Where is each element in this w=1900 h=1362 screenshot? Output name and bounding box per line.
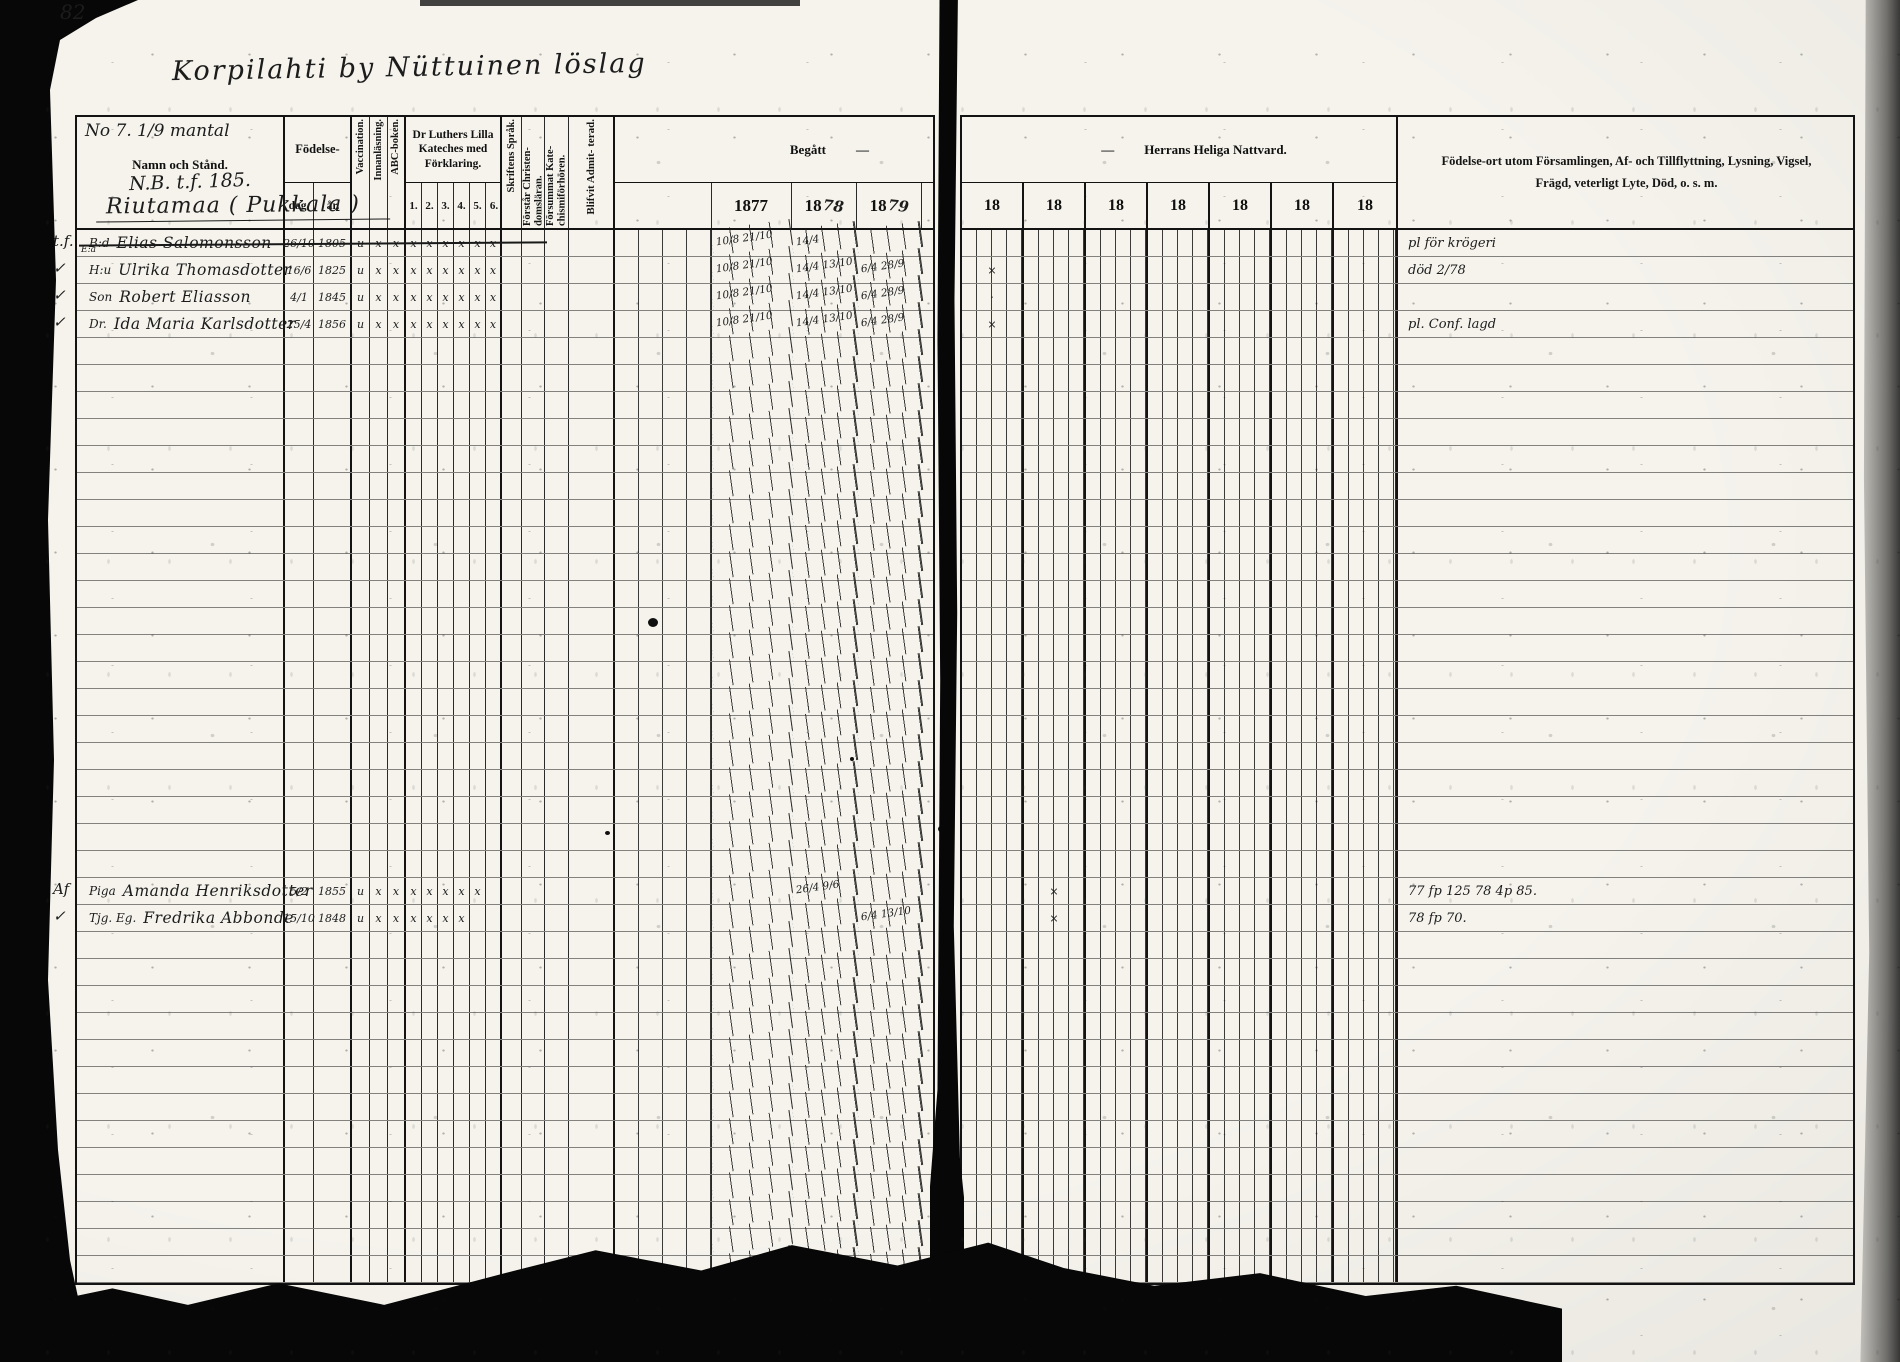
- cell-blifvit: [569, 662, 615, 688]
- cell-m6: [470, 635, 486, 661]
- cell-skrift: [502, 1148, 522, 1174]
- blank-year-cell: [1272, 1148, 1334, 1174]
- blank-year-cell: [1086, 986, 1148, 1012]
- cell-ar: [314, 338, 352, 364]
- cell-dag: [285, 770, 314, 796]
- cell-m0: [370, 473, 388, 499]
- blank-year-cell: [962, 635, 1024, 661]
- cell-m4: [438, 932, 454, 958]
- cell-pre: [615, 932, 712, 958]
- blank-year-cell: [962, 662, 1024, 688]
- cell-m1: [388, 1013, 406, 1039]
- cell-blifvit: [569, 797, 615, 823]
- cell-name: [77, 959, 285, 985]
- table-row: [962, 1094, 1853, 1121]
- cell-m0: [370, 635, 388, 661]
- table-row: [962, 581, 1853, 608]
- table-row: [77, 689, 933, 716]
- cell-m6: [470, 1175, 486, 1201]
- cell-m6: x: [470, 284, 486, 310]
- cell-ar: [314, 1256, 352, 1282]
- blank-year-cell: [1024, 824, 1086, 850]
- cell-tail: [922, 797, 935, 823]
- cell-m0: [370, 851, 388, 877]
- cell-m1: [388, 392, 406, 418]
- cell-m0: [370, 554, 388, 580]
- cell-m7: [486, 1202, 502, 1228]
- cell-forsummat: [545, 554, 569, 580]
- blank-year-cell: [1148, 986, 1210, 1012]
- cell-m3: [422, 1175, 438, 1201]
- cell-forsummat: [545, 1148, 569, 1174]
- abc-header-cell: ABC-boken.: [388, 117, 406, 228]
- cell-m2: [406, 1256, 422, 1282]
- ink-blot: [605, 831, 610, 835]
- cell-m7: [486, 554, 502, 580]
- cell-forsummat: [545, 1121, 569, 1147]
- cell-m4: [438, 1229, 454, 1255]
- catechism-col-6: 6.: [486, 183, 502, 228]
- table-row: [962, 743, 1853, 770]
- cell-tail: [922, 635, 935, 661]
- cell-dag: [285, 635, 314, 661]
- cell-m6: [470, 743, 486, 769]
- cell-forstar: [522, 662, 545, 688]
- nb-note: N.B. t.f. 185.: [129, 169, 252, 195]
- cell-vacc: u: [352, 257, 370, 283]
- blank-year-cell: [1086, 1067, 1148, 1093]
- cell-m6: [470, 608, 486, 634]
- blank-year-cell: [962, 716, 1024, 742]
- cell-tail: [922, 743, 935, 769]
- cell-m3: [422, 1040, 438, 1066]
- cell-name: [77, 770, 285, 796]
- cell-m0: x: [370, 311, 388, 337]
- cell-tail: [922, 662, 935, 688]
- cell-forsummat: [545, 419, 569, 445]
- cell-dag: [285, 500, 314, 526]
- table-row: [962, 473, 1853, 500]
- name-prefix: Tjg. Eg.: [89, 911, 136, 925]
- cell-m3: x: [422, 905, 438, 931]
- cell-skrift: [502, 1175, 522, 1201]
- blank-year-cell: [1148, 230, 1210, 256]
- cell-skrift: [502, 986, 522, 1012]
- cell-forsummat: [545, 365, 569, 391]
- blank-year-cell: ×: [962, 257, 1024, 283]
- cell-forsummat: [545, 257, 569, 283]
- cell-skrift: [502, 500, 522, 526]
- cell-ar: [314, 1148, 352, 1174]
- blank-year-cell: [1272, 392, 1334, 418]
- cell-m7: [486, 878, 502, 904]
- cell-ar: [314, 824, 352, 850]
- cell-pre: [615, 338, 712, 364]
- scan-border-right: [1856, 0, 1900, 1362]
- cell-m2: [406, 1121, 422, 1147]
- cell-tail: [922, 878, 935, 904]
- cell-m6: [470, 365, 486, 391]
- blank-year-cell: [1086, 1148, 1148, 1174]
- blank-year-cell: [962, 1094, 1024, 1120]
- cell-m3: [422, 1202, 438, 1228]
- cell-blifvit: [569, 554, 615, 580]
- catechism-col-4: 4.: [454, 183, 470, 228]
- understands-header-cell: Förstår Christen- domsläran.: [522, 117, 545, 228]
- cell-m2: [406, 419, 422, 445]
- cell-m6: [470, 662, 486, 688]
- cell-tail: [922, 1013, 935, 1039]
- blank-year-cell: [962, 392, 1024, 418]
- cell-m6: [470, 1148, 486, 1174]
- cell-tail: [922, 1121, 935, 1147]
- table-row: [962, 662, 1853, 689]
- cell-m7: [486, 338, 502, 364]
- cell-m7: [486, 743, 502, 769]
- table-row: Tjg. Eg.Fredrika Abbonde15/101848uxxxxxx…: [77, 905, 933, 932]
- cell-forsummat: [545, 608, 569, 634]
- table-row: [77, 527, 933, 554]
- remarks-header-cell: Födelse-ort utom Församlingen, Af- och T…: [1396, 117, 1855, 228]
- cell-forstar: [522, 1040, 545, 1066]
- blank-year-cell: [1024, 716, 1086, 742]
- cell-forstar: [522, 257, 545, 283]
- cell-forstar: [522, 932, 545, 958]
- cell-m7: [486, 932, 502, 958]
- blank-year-cell: [1086, 446, 1148, 472]
- cell-m7: [486, 365, 502, 391]
- blank-year-cell: [962, 986, 1024, 1012]
- cell-pre: [615, 527, 712, 553]
- cell-m5: [454, 1148, 470, 1174]
- blank-year-cell: [962, 851, 1024, 877]
- blank-year-cell: [1334, 446, 1396, 472]
- cell-m3: [422, 338, 438, 364]
- cell-m0: [370, 1202, 388, 1228]
- blank-year-cell: [1024, 1202, 1086, 1228]
- blank-year-cell: [1148, 824, 1210, 850]
- table-row: [77, 986, 933, 1013]
- blank-year-cell: [1024, 392, 1086, 418]
- cell-dag: [285, 743, 314, 769]
- person-name: Fredrika Abbonde: [143, 909, 294, 927]
- cell-tail: [922, 365, 935, 391]
- cell-m6: [470, 527, 486, 553]
- cell-forstar: [522, 743, 545, 769]
- blank-year-cell: [1086, 419, 1148, 445]
- cell-m1: [388, 500, 406, 526]
- cell-m2: [406, 1040, 422, 1066]
- blank-year-cell: [1024, 1148, 1086, 1174]
- cell-pre: [615, 1040, 712, 1066]
- cell-m5: [454, 1229, 470, 1255]
- cell-m4: [438, 1148, 454, 1174]
- cell-m2: [406, 716, 422, 742]
- blank-year-cell: [1210, 1229, 1272, 1255]
- cell-skrift: [502, 1121, 522, 1147]
- cell-pre: [615, 662, 712, 688]
- cell-ar: [314, 527, 352, 553]
- cell-pre: [615, 419, 712, 445]
- blank-year-cell: [1210, 743, 1272, 769]
- remarks-cell: [1396, 446, 1855, 472]
- cell-forsummat: [545, 1013, 569, 1039]
- cell-m1: [388, 635, 406, 661]
- remarks-cell: 77 fp 125 78 4p 85.: [1396, 878, 1855, 904]
- cell-blifvit: [569, 284, 615, 310]
- cell-pre: [615, 689, 712, 715]
- person-name: Ida Maria Karlsdotter: [114, 315, 296, 333]
- blank-year-cell: [1086, 743, 1148, 769]
- cell-m2: [406, 1229, 422, 1255]
- nattvard-label: — Herrans Heliga Nattvard.: [962, 117, 1396, 183]
- cell-blifvit: [569, 1121, 615, 1147]
- cell-name: [77, 500, 285, 526]
- blank-year-cell: [962, 500, 1024, 526]
- blank-year-cell: [1210, 959, 1272, 985]
- cell-m4: [438, 797, 454, 823]
- cell-name: [77, 608, 285, 634]
- blank-year-cell: [1148, 1175, 1210, 1201]
- cell-m6: [470, 419, 486, 445]
- cell-m7: [486, 527, 502, 553]
- cell-m6: [470, 1121, 486, 1147]
- cell-m4: [438, 608, 454, 634]
- remarks-cell: [1396, 716, 1855, 742]
- cell-forstar: [522, 905, 545, 931]
- cell-ar: [314, 635, 352, 661]
- cell-pre: [615, 1202, 712, 1228]
- table-row: H:uUlrika Thomasdotter16/61825uxxxxxxxx1…: [77, 257, 933, 284]
- cell-skrift: [502, 311, 522, 337]
- cell-forsummat: [545, 824, 569, 850]
- cell-m3: [422, 581, 438, 607]
- remarks-cell: [1396, 689, 1855, 715]
- catechism-col-5: 5.: [470, 183, 486, 228]
- blank-year-cell: [1148, 419, 1210, 445]
- cell-forstar: [522, 716, 545, 742]
- blank-year-cell: [1272, 1013, 1334, 1039]
- cell-m4: [438, 986, 454, 1012]
- blank-year-cell: [1334, 905, 1396, 931]
- blank-year-cell: ×: [1024, 905, 1086, 931]
- cell-m3: [422, 770, 438, 796]
- table-row: [77, 824, 933, 851]
- cell-tail: [922, 824, 935, 850]
- blank-year-cell: [1272, 1040, 1334, 1066]
- blank-year-cell: [1210, 338, 1272, 364]
- blank-year-cell: [1272, 257, 1334, 283]
- blank-year-cell: [1086, 932, 1148, 958]
- cell-m6: [470, 770, 486, 796]
- blank-year-cell: [1210, 527, 1272, 553]
- blank-year-cell: [1210, 662, 1272, 688]
- blank-year-cell: [1148, 851, 1210, 877]
- cell-dag: [285, 824, 314, 850]
- cell-m4: x: [438, 905, 454, 931]
- table-row: [962, 1040, 1853, 1067]
- cell-m5: [454, 527, 470, 553]
- table-row: [962, 689, 1853, 716]
- cell-blifvit: [569, 365, 615, 391]
- blank-year-cell: [1272, 959, 1334, 985]
- missed-header-cell: Försummat Kate- chismiförhören.: [545, 117, 569, 228]
- blank-year-cell: [1272, 824, 1334, 850]
- blank-year-cell: [1148, 1229, 1210, 1255]
- cell-m6: [470, 338, 486, 364]
- cell-dag: [285, 1067, 314, 1093]
- cell-ar: [314, 419, 352, 445]
- cell-m3: [422, 662, 438, 688]
- cell-blifvit: [569, 635, 615, 661]
- cell-m0: [370, 581, 388, 607]
- cell-vacc: u: [352, 284, 370, 310]
- cell-vacc: u: [352, 878, 370, 904]
- blank-year-cell: [1334, 1256, 1396, 1282]
- blank-year-cell: [1024, 743, 1086, 769]
- cell-dag: 4/1: [285, 284, 314, 310]
- blank-year-cell: [962, 1013, 1024, 1039]
- blank-year-cell: [1086, 365, 1148, 391]
- cell-forsummat: [545, 1202, 569, 1228]
- pre-year-column: [615, 183, 712, 228]
- blank-year-cell: [1086, 959, 1148, 985]
- cell-skrift: [502, 1067, 522, 1093]
- cell-m2: [406, 473, 422, 499]
- table-row: [77, 662, 933, 689]
- cell-tail: [922, 527, 935, 553]
- cell-name: [77, 446, 285, 472]
- cell-forsummat: [545, 446, 569, 472]
- catechism-col-2: 2.: [422, 183, 438, 228]
- table-row: [962, 1202, 1853, 1229]
- blank-year-cell: [1210, 1148, 1272, 1174]
- cell-m3: [422, 932, 438, 958]
- blank-year-cell: [1024, 527, 1086, 553]
- blank-year-cell: [1148, 1256, 1210, 1282]
- table-row: [962, 338, 1853, 365]
- scripture-label: Skriftens Språk.: [506, 117, 518, 195]
- blank-year-header-1: 18: [962, 183, 1024, 228]
- cell-forstar: [522, 365, 545, 391]
- cell-pre: [615, 959, 712, 985]
- remarks-cell: [1396, 824, 1855, 850]
- blank-year-cell: [1272, 1067, 1334, 1093]
- birth-label: Födelse-: [285, 117, 350, 183]
- blank-year-cell: [1024, 770, 1086, 796]
- cell-m5: [454, 1175, 470, 1201]
- cell-dag: [285, 851, 314, 877]
- blank-year-cell: [1334, 554, 1396, 580]
- cell-tail: [922, 257, 935, 283]
- blank-year-cell: [1024, 1121, 1086, 1147]
- cell-ar: [314, 446, 352, 472]
- cell-forstar: [522, 1175, 545, 1201]
- table-row: [77, 1094, 933, 1121]
- blank-year-cell: [1334, 959, 1396, 985]
- cell-m1: [388, 1094, 406, 1120]
- cell-dag: [285, 1121, 314, 1147]
- cell-dag: [285, 959, 314, 985]
- blank-year-cell: [1024, 338, 1086, 364]
- cell-forstar: [522, 311, 545, 337]
- cell-forstar: [522, 878, 545, 904]
- blank-year-cell: [962, 419, 1024, 445]
- cell-m4: [438, 446, 454, 472]
- cell-m2: [406, 932, 422, 958]
- cell-m5: [454, 1202, 470, 1228]
- cell-m0: [370, 662, 388, 688]
- cell-m6: x: [470, 257, 486, 283]
- table-row: [77, 500, 933, 527]
- table-row: [962, 500, 1853, 527]
- blank-year-cell: [1334, 338, 1396, 364]
- blank-year-cell: [1272, 905, 1334, 931]
- cell-m1: x: [388, 284, 406, 310]
- cell-m4: [438, 581, 454, 607]
- blank-year-cell: [1024, 986, 1086, 1012]
- blank-year-cell: [1024, 959, 1086, 985]
- blank-year-cell: [1334, 986, 1396, 1012]
- blank-year-cell: [1210, 878, 1272, 904]
- cell-m3: [422, 446, 438, 472]
- cell-forsummat: [545, 932, 569, 958]
- blank-year-cell: [1272, 1229, 1334, 1255]
- blank-year-cell: [962, 1067, 1024, 1093]
- cell-skrift: [502, 905, 522, 931]
- blank-year-cell: [1210, 851, 1272, 877]
- blank-year-cell: [962, 608, 1024, 634]
- blank-year-cell: [962, 770, 1024, 796]
- margin-mark: Af: [53, 880, 69, 898]
- cell-pre: [615, 716, 712, 742]
- cell-dag: [285, 716, 314, 742]
- cell-m2: [406, 1148, 422, 1174]
- cell-m2: [406, 959, 422, 985]
- cell-skrift: [502, 1202, 522, 1228]
- cell-ar: [314, 1229, 352, 1255]
- cell-m6: [470, 392, 486, 418]
- cell-m0: [370, 1067, 388, 1093]
- cell-tail: [922, 311, 935, 337]
- blank-year-cell: [1210, 1202, 1272, 1228]
- remarks-cell: död 2/78: [1396, 257, 1855, 283]
- blank-year-cell: [1272, 365, 1334, 391]
- cell-dag: [285, 986, 314, 1012]
- cell-tail: [922, 1067, 935, 1093]
- cell-forstar: [522, 419, 545, 445]
- blank-year-cell: [1334, 284, 1396, 310]
- cell-blifvit: [569, 689, 615, 715]
- cell-dag: [285, 797, 314, 823]
- cell-tail: [922, 1040, 935, 1066]
- remarks-cell: [1396, 500, 1855, 526]
- vaccination-label: Vaccination.: [355, 117, 367, 176]
- cell-m1: x: [388, 257, 406, 283]
- blank-year-cell: [962, 338, 1024, 364]
- cell-m3: [422, 824, 438, 850]
- table-row: [962, 365, 1853, 392]
- cell-m0: [370, 500, 388, 526]
- cell-skrift: [502, 527, 522, 553]
- remarks-cell: [1396, 338, 1855, 364]
- cell-m4: [438, 770, 454, 796]
- blank-year-cell: [1210, 473, 1272, 499]
- year-1878-hand: 78: [822, 195, 845, 215]
- cell-m6: [470, 1256, 486, 1282]
- blank-year-cell: [1272, 851, 1334, 877]
- blank-year-cell: [1086, 608, 1148, 634]
